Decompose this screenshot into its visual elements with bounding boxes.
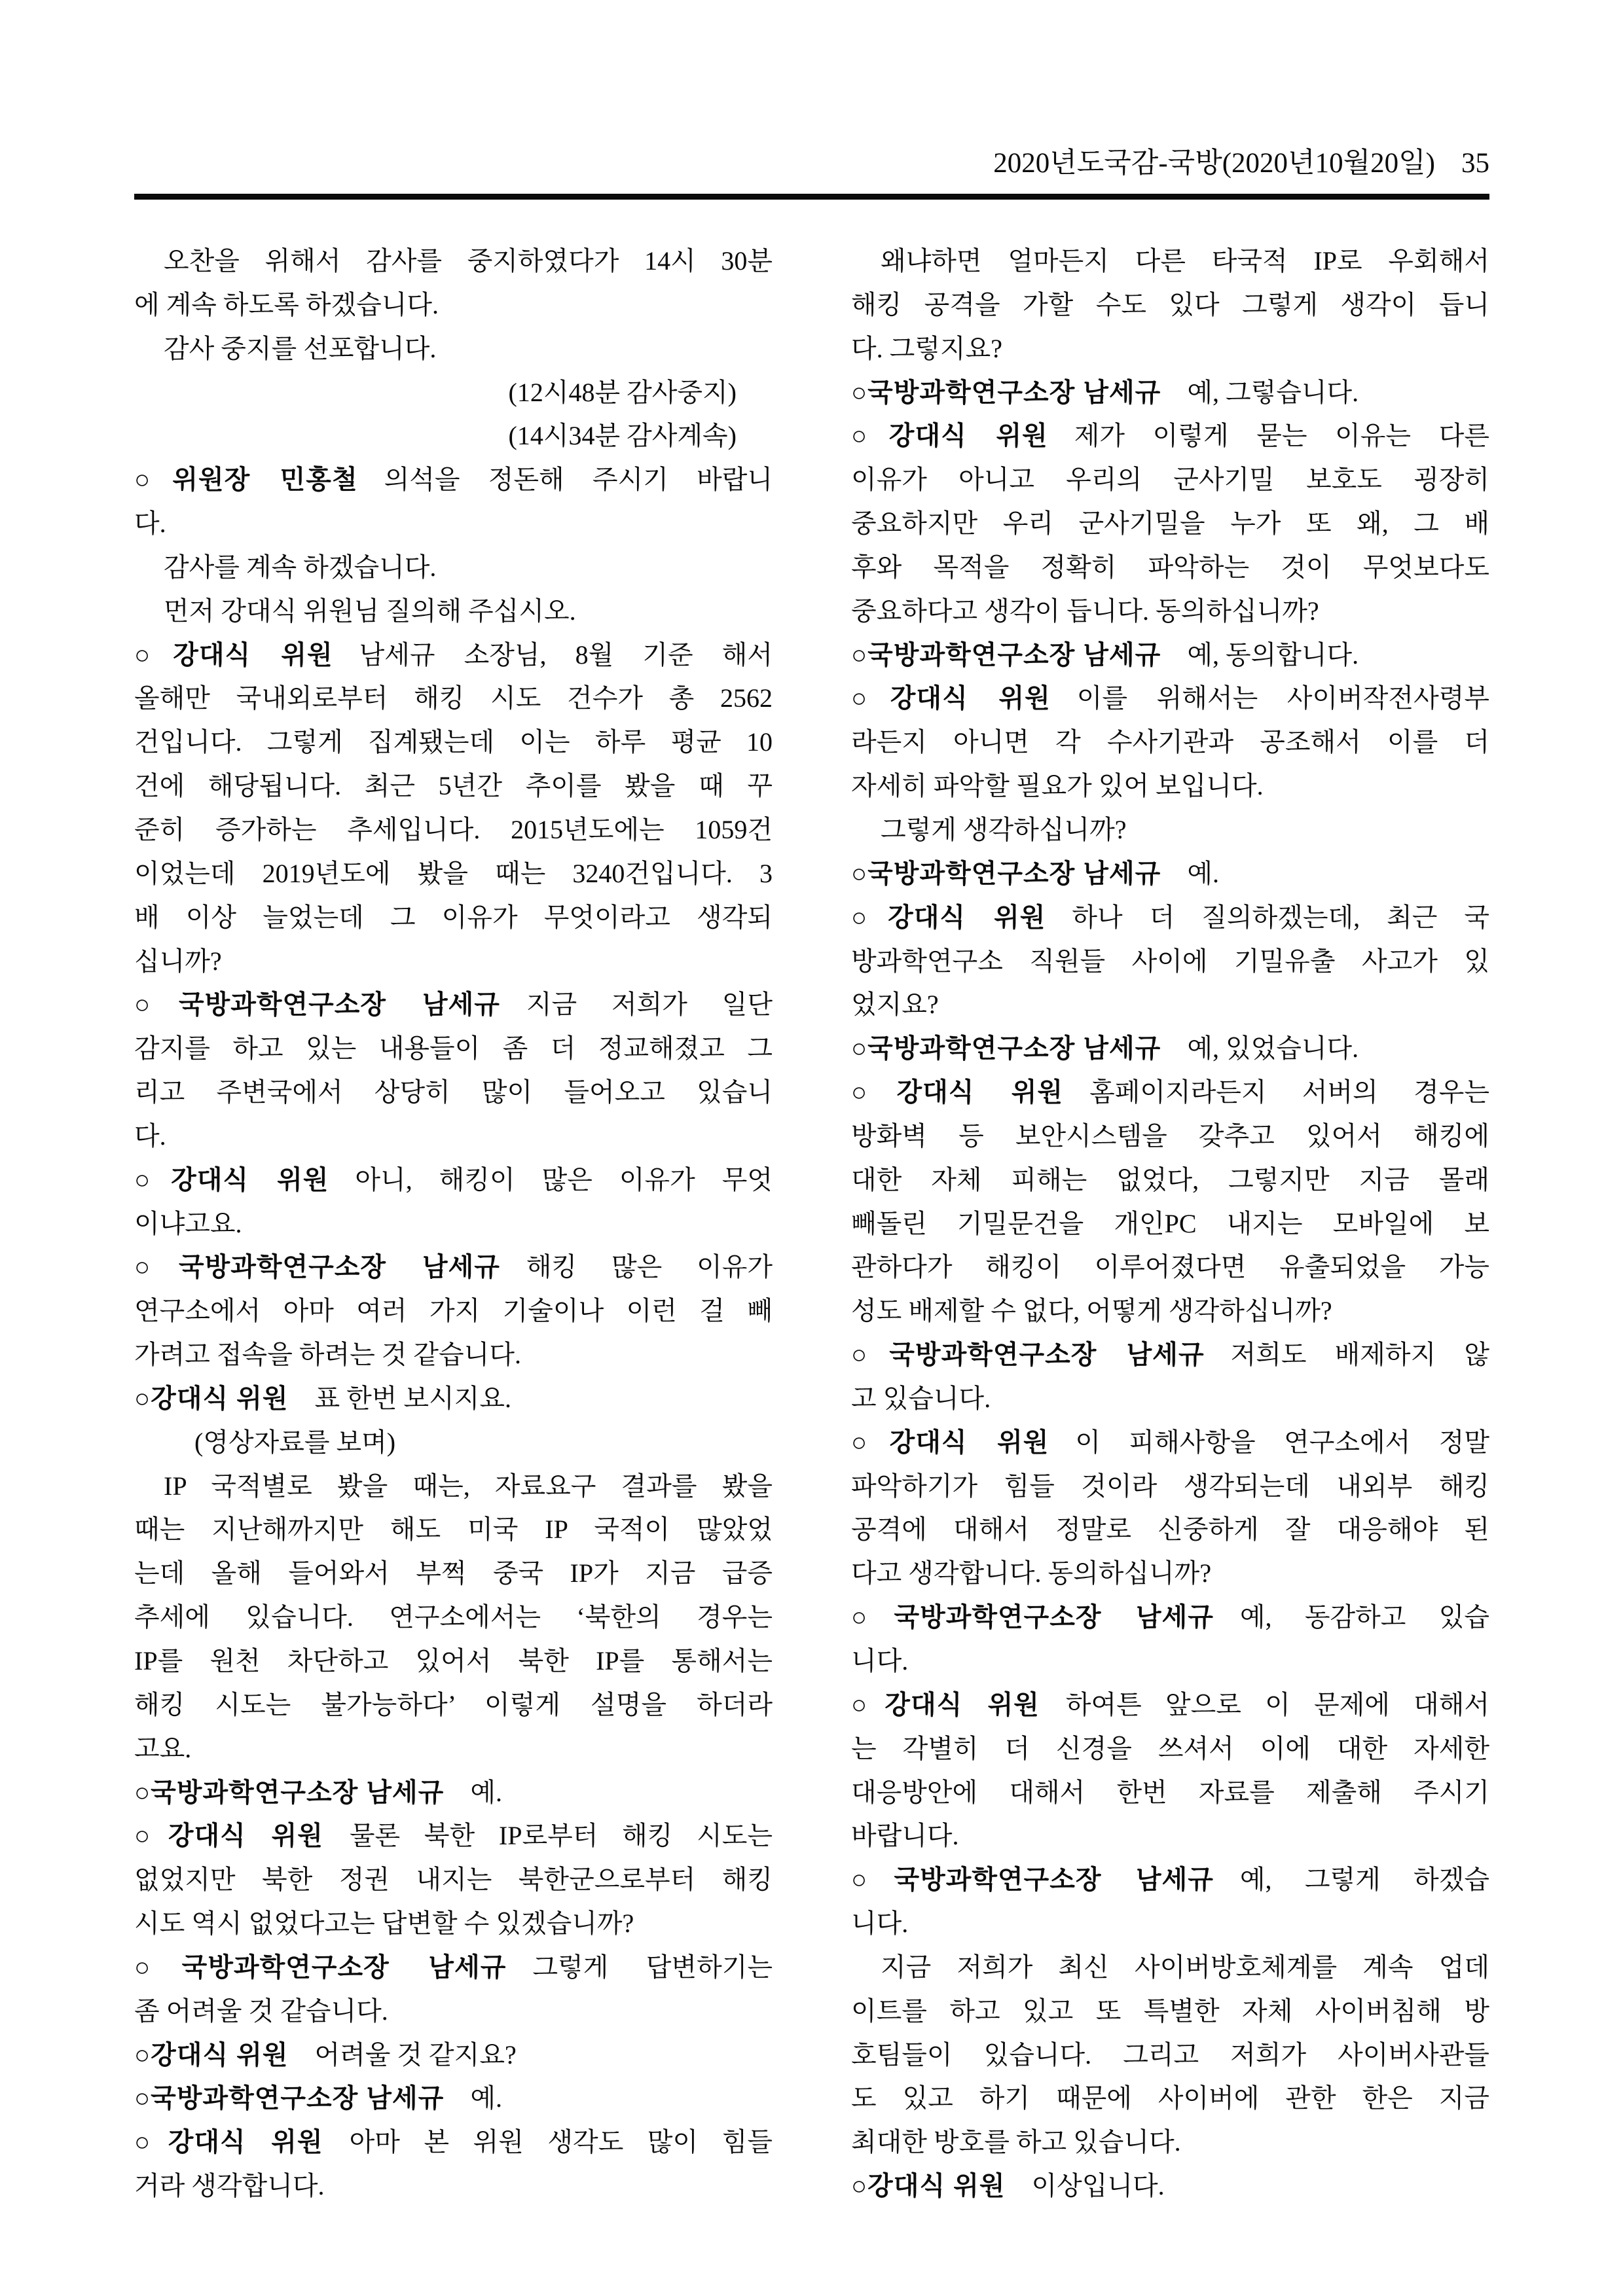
line-text: 자세히 파악할 필요가 있어 보입니다. xyxy=(851,771,1264,800)
transcript-line: 었지요? xyxy=(851,983,1489,1027)
speaker-name: ○국방과학연구소장 남세규 xyxy=(851,641,1161,670)
transcript-line: 호팀들이 있습니다. 그리고 저희가 사이버사관들 xyxy=(851,2034,1489,2077)
line-text: 표 한번 보시지요. xyxy=(314,1384,511,1413)
speaker-name: ○강대식 위원 xyxy=(851,903,1046,932)
line-text: 니다. xyxy=(851,1646,908,1676)
transcript-line: 파악하기가 힘들 것이라 생각되는데 내외부 해킹 xyxy=(851,1465,1489,1509)
line-text: 감지를 하고 있는 내용들이 좀 더 정교해졌고 그 xyxy=(134,1033,773,1063)
transcript-line: ○강대식 위원하나 더 질의하겠는데, 최근 국 xyxy=(851,896,1489,940)
speaker-name: ○강대식 위원 xyxy=(134,1384,288,1413)
transcript-line: ○강대식 위원표 한번 보시지요. xyxy=(134,1377,773,1421)
transcript-line: 중요하지만 우리 군사기밀을 누가 또 왜, 그 배 xyxy=(851,502,1489,546)
transcript-line: 도 있고 하기 때문에 사이버에 관한 한은 지금 xyxy=(851,2077,1489,2121)
line-text: IP 국적별로 봤을 때는, 자료요구 결과를 봤을 xyxy=(164,1471,773,1501)
transcript-line: 건에 해당됩니다. 최근 5년간 추이를 봤을 때 꾸 xyxy=(134,764,773,808)
line-text: 이트를 하고 있고 또 특별한 자체 사이버침해 방 xyxy=(851,1996,1489,2026)
transcript-line: 준히 증가하는 추세입니다. 2015년도에는 1059건 xyxy=(134,808,773,852)
transcript-line: 감사를 계속 하겠습니다. xyxy=(134,546,773,590)
speaker-name: ○강대식 위원 xyxy=(851,1078,1063,1107)
transcript-line: 이냐고요. xyxy=(134,1202,773,1246)
left-column: 오찬을 위해서 감사를 중지하였다가 14시 30분에 계속 하도록 하겠습니다… xyxy=(134,240,773,2208)
line-text: 이 피해사항을 연구소에서 정말 xyxy=(1075,1427,1489,1457)
line-text: 예. xyxy=(1187,859,1219,888)
line-text: 다. xyxy=(134,509,166,538)
transcript-line: ○강대식 위원제가 이렇게 묻는 이유는 다른 xyxy=(851,414,1489,458)
transcript-line: 빼돌린 기밀문건을 개인PC 내지는 모바일에 보 xyxy=(851,1202,1489,1246)
transcript-line: 좀 어려울 것 같습니다. xyxy=(134,1990,773,2034)
line-text: 저희도 배제하지 않 xyxy=(1231,1340,1489,1369)
transcript-line: ○강대식 위원아니, 해킹이 많은 이유가 무엇 xyxy=(134,1158,773,1202)
line-text: 대응방안에 대해서 한번 자료를 제출해 주시기 xyxy=(851,1778,1489,1807)
speaker-name: ○국방과학연구소장 남세규 xyxy=(851,1603,1214,1632)
transcript-line: 먼저 강대식 위원님 질의해 주십시오. xyxy=(134,590,773,634)
speaker-name: ○강대식 위원 xyxy=(851,2172,1005,2200)
transcript-line: ○국방과학연구소장 남세규예, 동의합니다. xyxy=(851,634,1489,677)
transcript-line: 중요하다고 생각이 듭니다. 동의하십니까? xyxy=(851,590,1489,634)
line-text: 올해만 국내외로부터 해킹 시도 건수가 총 2562 xyxy=(134,683,773,713)
transcript-line: ○국방과학연구소장 남세규그렇게 답변하기는 xyxy=(134,1946,773,1990)
line-text: (14시34분 감사계속) xyxy=(509,421,737,450)
transcript-line: (영상자료를 보며) xyxy=(134,1421,773,1465)
transcript-line: ○강대식 위원물론 북한 IP로부터 해킹 시도는 xyxy=(134,1814,773,1858)
transcript-line: 거라 생각합니다. xyxy=(134,2164,773,2208)
transcript-line: ○국방과학연구소장 남세규예, 동감하고 있습 xyxy=(851,1596,1489,1640)
line-text: 바랍니다. xyxy=(851,1821,959,1850)
transcript-line: 다. xyxy=(134,502,773,546)
transcript-line: ○강대식 위원남세규 소장님, 8월 기준 해서 xyxy=(134,634,773,677)
transcript-line: 는 각별히 더 신경을 쓰셔서 이에 대한 자세한 xyxy=(851,1727,1489,1771)
line-text: 파악하기가 힘들 것이라 생각되는데 내외부 해킹 xyxy=(851,1471,1489,1501)
speaker-name: ○국방과학연구소장 남세규 xyxy=(134,1953,506,1982)
line-text: 의석을 정돈해 주시기 바랍니 xyxy=(384,465,773,494)
line-text: 방과학연구소 직원들 사이에 기밀유출 사고가 있 xyxy=(851,946,1489,976)
line-text: 아마 본 위원 생각도 많이 힘들 xyxy=(350,2127,773,2157)
transcript-line: 가려고 접속을 하려는 것 같습니다. xyxy=(134,1333,773,1377)
transcript-page: 2020년도국감-국방(2020년10월20일)35 오찬을 위해서 감사를 중… xyxy=(0,0,1623,2296)
transcript-line: ○국방과학연구소장 남세규예, 있었습니다. xyxy=(851,1027,1489,1071)
speaker-name: ○강대식 위원 xyxy=(851,422,1048,450)
line-text: 중요하지만 우리 군사기밀을 누가 또 왜, 그 배 xyxy=(851,509,1489,538)
speaker-name: ○국방과학연구소장 남세규 xyxy=(851,1865,1214,1894)
transcript-line: 오찬을 위해서 감사를 중지하였다가 14시 30분 xyxy=(134,240,773,283)
line-text: 공격에 대해서 정말로 신중하게 잘 대응해야 된 xyxy=(851,1515,1489,1544)
transcript-line: 지금 저희가 최신 사이버방호체계를 계속 업데 xyxy=(851,1946,1489,1990)
transcript-line: 감지를 하고 있는 내용들이 좀 더 정교해졌고 그 xyxy=(134,1027,773,1071)
line-text: 지금 저희가 일단 xyxy=(526,990,773,1019)
transcript-line: 왜냐하면 얼마든지 다른 타국적 IP로 우회해서 xyxy=(851,240,1489,283)
page-header: 2020년도국감-국방(2020년10월20일)35 xyxy=(134,144,1489,183)
speaker-name: ○강대식 위원 xyxy=(851,684,1051,713)
line-text: 예, 동의합니다. xyxy=(1187,640,1359,670)
transcript-line: 이트를 하고 있고 또 특별한 자체 사이버침해 방 xyxy=(851,1990,1489,2034)
line-text: 다. xyxy=(134,1121,166,1151)
line-text: 대한 자체 피해는 없었다, 그렇지만 지금 몰래 xyxy=(851,1165,1489,1194)
line-text: 홈페이지라든지 서버의 경우는 xyxy=(1089,1077,1489,1107)
transcript-line: ○강대식 위원어려울 것 같지요? xyxy=(134,2034,773,2077)
line-text: 오찬을 위해서 감사를 중지하였다가 14시 30분 xyxy=(164,246,773,276)
transcript-line: ○강대식 위원홈페이지라든지 서버의 경우는 xyxy=(851,1071,1489,1115)
line-text: 이유가 아니고 우리의 군사기밀 보호도 굉장히 xyxy=(851,465,1489,494)
transcript-line: 십니까? xyxy=(134,940,773,984)
speaker-name: ○국방과학연구소장 남세규 xyxy=(134,990,500,1019)
transcript-line: 다. xyxy=(134,1115,773,1158)
line-text: 남세규 소장님, 8월 기준 해서 xyxy=(359,640,773,670)
line-text: 가려고 접속을 하려는 것 같습니다. xyxy=(134,1340,521,1369)
transcript-line: 이유가 아니고 우리의 군사기밀 보호도 굉장히 xyxy=(851,458,1489,502)
line-text: 거라 생각합니다. xyxy=(134,2171,324,2200)
line-text: 이냐고요. xyxy=(134,1209,242,1238)
line-text: IP를 원천 차단하고 있어서 북한 IP를 통해서는 xyxy=(134,1646,773,1676)
line-text: 호팀들이 있습니다. 그리고 저희가 사이버사관들 xyxy=(851,2040,1489,2070)
right-column: 왜냐하면 얼마든지 다른 타국적 IP로 우회해서해킹 공격을 가할 수도 있다… xyxy=(851,240,1489,2208)
transcript-line: ○강대식 위원하여튼 앞으로 이 문제에 대해서 xyxy=(851,1683,1489,1727)
speaker-name: ○강대식 위원 xyxy=(134,2041,288,2070)
transcript-line: 방과학연구소 직원들 사이에 기밀유출 사고가 있 xyxy=(851,940,1489,984)
transcript-line: 추세에 있습니다. 연구소에서는 ‘북한의 경우는 xyxy=(134,1596,773,1640)
transcript-line: 올해만 국내외로부터 해킹 시도 건수가 총 2562 xyxy=(134,677,773,721)
speaker-name: ○국방과학연구소장 남세규 xyxy=(134,2084,444,2113)
transcript-line: 니다. xyxy=(851,1902,1489,1946)
line-text: 관하다가 해킹이 이루어졌다면 유출되었을 가능 xyxy=(851,1252,1489,1282)
header-rule xyxy=(134,194,1489,200)
transcript-line: 최대한 방호를 하고 있습니다. xyxy=(851,2121,1489,2164)
transcript-line: 후와 목적을 정확히 파악하는 것이 무엇보다도 xyxy=(851,546,1489,590)
line-text: 최대한 방호를 하고 있습니다. xyxy=(851,2127,1181,2157)
page-number: 35 xyxy=(1461,148,1489,179)
transcript-line: ○국방과학연구소장 남세규저희도 배제하지 않 xyxy=(851,1333,1489,1377)
line-text: 그렇게 생각하십니까? xyxy=(881,815,1127,844)
transcript-line: ○국방과학연구소장 남세규예. xyxy=(851,852,1489,896)
transcript-line: 배 이상 늘었는데 그 이유가 무엇이라고 생각되 xyxy=(134,896,773,940)
line-text: 예, 있었습니다. xyxy=(1187,1033,1359,1063)
line-text: 예. xyxy=(470,1778,502,1807)
line-text: 이상입니다. xyxy=(1031,2171,1164,2200)
line-text: 다고 생각합니다. 동의하십니까? xyxy=(851,1558,1211,1588)
line-text: 해킹 공격을 가할 수도 있다 그렇게 생각이 듭니 xyxy=(851,290,1489,319)
speaker-name: ○강대식 위원 xyxy=(851,1428,1049,1457)
transcript-line: 고요. xyxy=(134,1727,773,1771)
line-text: 는 각별히 더 신경을 쓰셔서 이에 대한 자세한 xyxy=(851,1734,1489,1763)
speaker-name: ○국방과학연구소장 남세규 xyxy=(851,378,1161,407)
line-text: 없었지만 북한 정권 내지는 북한군으로부터 해킹 xyxy=(134,1865,773,1894)
line-text: 고 있습니다. xyxy=(851,1384,991,1413)
line-text: 예, 그렇게 하겠습 xyxy=(1240,1865,1489,1894)
speaker-name: ○강대식 위원 xyxy=(134,1166,329,1194)
line-text: 연구소에서 아마 여러 가지 기술이나 이런 걸 빼 xyxy=(134,1296,773,1325)
line-text: 이를 위해서는 사이버작전사령부 xyxy=(1077,683,1489,713)
line-text: 건에 해당됩니다. 최근 5년간 추이를 봤을 때 꾸 xyxy=(134,771,773,800)
transcript-line: 대응방안에 대해서 한번 자료를 제출해 주시기 xyxy=(851,1771,1489,1815)
line-text: 감사를 계속 하겠습니다. xyxy=(164,552,436,582)
transcript-line: 없었지만 북한 정권 내지는 북한군으로부터 해킹 xyxy=(134,1858,773,1902)
transcript-line: 건입니다. 그렇게 집계됐는데 이는 하루 평균 10 xyxy=(134,721,773,764)
speaker-name: ○국방과학연구소장 남세규 xyxy=(851,1034,1161,1063)
line-text: 하나 더 질의하겠는데, 최근 국 xyxy=(1072,903,1489,932)
transcript-line: 다. 그렇지요? xyxy=(851,327,1489,371)
speaker-name: ○위원장 민홍철 xyxy=(134,465,358,494)
line-text: 때는 지난해까지만 해도 미국 IP 국적이 많았었 xyxy=(134,1515,773,1544)
line-text: (12시48분 감사중지) xyxy=(509,378,737,407)
transcript-line: 방화벽 등 보안시스템을 갖추고 있어서 해킹에 xyxy=(851,1115,1489,1158)
line-text: 예, 동감하고 있습 xyxy=(1240,1602,1489,1632)
line-text: 감사 중지를 선포합니다. xyxy=(164,334,436,363)
line-text: 빼돌린 기밀문건을 개인PC 내지는 모바일에 보 xyxy=(851,1209,1489,1238)
line-text: 는데 올해 들어와서 부쩍 중국 IP가 지금 급증 xyxy=(134,1558,773,1588)
transcript-line: 자세히 파악할 필요가 있어 보입니다. xyxy=(851,764,1489,808)
transcript-line: 니다. xyxy=(851,1640,1489,1683)
speaker-name: ○강대식 위원 xyxy=(134,2128,323,2157)
line-text: 먼저 강대식 위원님 질의해 주십시오. xyxy=(164,596,576,626)
line-text: 제가 이렇게 묻는 이유는 다른 xyxy=(1074,421,1489,450)
transcript-line: ○강대식 위원이상입니다. xyxy=(851,2164,1489,2208)
transcript-line: IP 국적별로 봤을 때는, 자료요구 결과를 봤을 xyxy=(134,1465,773,1509)
transcript-line: (12시48분 감사중지) xyxy=(134,371,773,415)
line-text: 도 있고 하기 때문에 사이버에 관한 한은 지금 xyxy=(851,2083,1489,2113)
speaker-name: ○강대식 위원 xyxy=(851,1691,1040,1719)
line-text: 중요하다고 생각이 듭니다. 동의하십니까? xyxy=(851,596,1319,626)
transcript-line: IP를 원천 차단하고 있어서 북한 IP를 통해서는 xyxy=(134,1640,773,1683)
line-text: 건입니다. 그렇게 집계됐는데 이는 하루 평균 10 xyxy=(134,727,773,757)
line-text: 하여튼 앞으로 이 문제에 대해서 xyxy=(1066,1690,1489,1719)
transcript-line: ○국방과학연구소장 남세규지금 저희가 일단 xyxy=(134,983,773,1027)
line-text: (영상자료를 보며) xyxy=(194,1427,395,1457)
header-title: 2020년도국감-국방(2020년10월20일) xyxy=(993,148,1435,179)
line-text: 니다. xyxy=(851,1909,908,1938)
transcript-line: 고 있습니다. xyxy=(851,1377,1489,1421)
transcript-line: ○국방과학연구소장 남세규예, 그렇습니다. xyxy=(851,371,1489,415)
line-text: 그렇게 답변하기는 xyxy=(532,1952,773,1982)
transcript-line: ○강대식 위원아마 본 위원 생각도 많이 힘들 xyxy=(134,2121,773,2164)
line-text: 라든지 아니면 각 수사기관과 공조해서 이를 더 xyxy=(851,727,1489,757)
transcript-line: ○위원장 민홍철의석을 정돈해 주시기 바랍니 xyxy=(134,458,773,502)
speaker-name: ○국방과학연구소장 남세규 xyxy=(851,1340,1205,1369)
line-text: 고요. xyxy=(134,1734,191,1763)
line-text: 십니까? xyxy=(134,946,222,976)
transcript-line: 리고 주변국에서 상당히 많이 들어오고 있습니 xyxy=(134,1071,773,1115)
transcript-line: ○강대식 위원이를 위해서는 사이버작전사령부 xyxy=(851,677,1489,721)
line-text: 지금 저희가 최신 사이버방호체계를 계속 업데 xyxy=(881,1952,1489,1982)
line-text: 추세에 있습니다. 연구소에서는 ‘북한의 경우는 xyxy=(134,1602,773,1632)
transcript-line: 라든지 아니면 각 수사기관과 공조해서 이를 더 xyxy=(851,721,1489,764)
line-text: 왜냐하면 얼마든지 다른 타국적 IP로 우회해서 xyxy=(881,246,1489,276)
line-text: 리고 주변국에서 상당히 많이 들어오고 있습니 xyxy=(134,1077,773,1107)
line-text: 아니, 해킹이 많은 이유가 무엇 xyxy=(355,1165,773,1194)
line-text: 물론 북한 IP로부터 해킹 시도는 xyxy=(350,1821,773,1850)
speaker-name: ○국방과학연구소장 남세규 xyxy=(851,859,1161,888)
transcript-line: 성도 배제할 수 없다, 어떻게 생각하십니까? xyxy=(851,1289,1489,1333)
transcript-line: 공격에 대해서 정말로 신중하게 잘 대응해야 된 xyxy=(851,1508,1489,1552)
speaker-name: ○국방과학연구소장 남세규 xyxy=(134,1253,500,1282)
line-text: 예. xyxy=(470,2083,502,2113)
transcript-line: ○국방과학연구소장 남세규해킹 많은 이유가 xyxy=(134,1246,773,1289)
transcript-line: 에 계속 하도록 하겠습니다. xyxy=(134,283,773,327)
transcript-line: 대한 자체 피해는 없었다, 그렇지만 지금 몰래 xyxy=(851,1158,1489,1202)
transcript-line: 바랍니다. xyxy=(851,1814,1489,1858)
transcript-line: 는데 올해 들어와서 부쩍 중국 IP가 지금 급증 xyxy=(134,1552,773,1596)
transcript-line: 시도 역시 없었다고는 답변할 수 있겠습니까? xyxy=(134,1902,773,1946)
transcript-line: 이었는데 2019년도에 봤을 때는 3240건입니다. 3 xyxy=(134,852,773,896)
line-text: 이었는데 2019년도에 봤을 때는 3240건입니다. 3 xyxy=(134,859,773,888)
line-text: 해킹 많은 이유가 xyxy=(526,1252,773,1282)
transcript-line: 때는 지난해까지만 해도 미국 IP 국적이 많았었 xyxy=(134,1508,773,1552)
line-text: 어려울 것 같지요? xyxy=(314,2040,516,2070)
line-text: 성도 배제할 수 없다, 어떻게 생각하십니까? xyxy=(851,1296,1332,1325)
line-text: 방화벽 등 보안시스템을 갖추고 있어서 해킹에 xyxy=(851,1121,1489,1151)
transcript-line: ○국방과학연구소장 남세규예, 그렇게 하겠습 xyxy=(851,1858,1489,1902)
line-text: 시도 역시 없었다고는 답변할 수 있겠습니까? xyxy=(134,1909,634,1938)
transcript-line: 관하다가 해킹이 이루어졌다면 유출되었을 가능 xyxy=(851,1246,1489,1289)
speaker-name: ○강대식 위원 xyxy=(134,1821,323,1850)
transcript-line: (14시34분 감사계속) xyxy=(134,414,773,458)
line-text: 예, 그렇습니다. xyxy=(1187,378,1359,407)
transcript-line: 해킹 시도는 불가능하다’ 이렇게 설명을 하더라 xyxy=(134,1683,773,1727)
transcript-line: ○강대식 위원이 피해사항을 연구소에서 정말 xyxy=(851,1421,1489,1465)
line-text: 배 이상 늘었는데 그 이유가 무엇이라고 생각되 xyxy=(134,903,773,932)
transcript-line: 해킹 공격을 가할 수도 있다 그렇게 생각이 듭니 xyxy=(851,283,1489,327)
transcript-line: 다고 생각합니다. 동의하십니까? xyxy=(851,1552,1489,1596)
transcript-line: ○국방과학연구소장 남세규예. xyxy=(134,2077,773,2121)
line-text: 후와 목적을 정확히 파악하는 것이 무엇보다도 xyxy=(851,552,1489,582)
speaker-name: ○국방과학연구소장 남세규 xyxy=(134,1778,444,1807)
line-text: 준히 증가하는 추세입니다. 2015년도에는 1059건 xyxy=(134,815,773,844)
line-text: 었지요? xyxy=(851,990,939,1019)
speaker-name: ○강대식 위원 xyxy=(134,641,333,670)
line-text: 다. 그렇지요? xyxy=(851,334,1002,363)
transcript-line: ○국방과학연구소장 남세규예. xyxy=(134,1771,773,1815)
line-text: 해킹 시도는 불가능하다’ 이렇게 설명을 하더라 xyxy=(134,1690,773,1719)
transcript-line: 연구소에서 아마 여러 가지 기술이나 이런 걸 빼 xyxy=(134,1289,773,1333)
transcript-line: 감사 중지를 선포합니다. xyxy=(134,327,773,371)
line-text: 에 계속 하도록 하겠습니다. xyxy=(134,290,439,319)
line-text: 좀 어려울 것 같습니다. xyxy=(134,1996,388,2026)
transcript-line: 그렇게 생각하십니까? xyxy=(851,808,1489,852)
